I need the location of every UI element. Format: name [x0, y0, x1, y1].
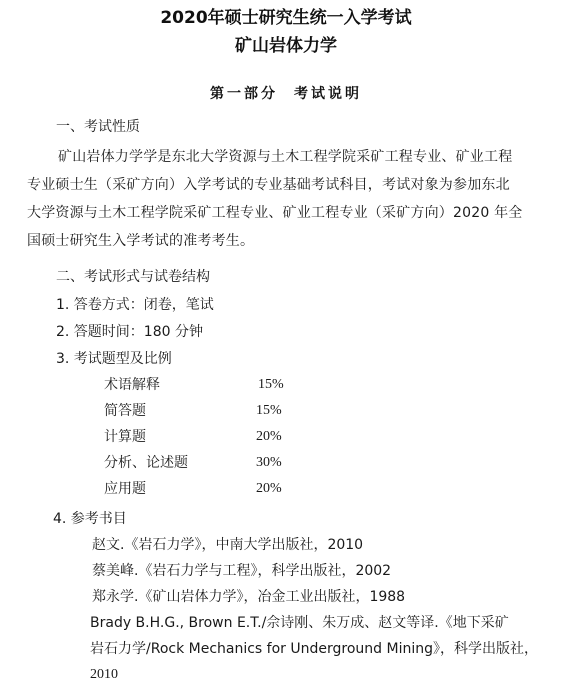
- section1-paragraph: 矿山岩体力学学是东北大学资源与土木工程学院采矿工程专业、矿业工程 专业硕士生（采…: [27, 143, 522, 255]
- question-type-label: 计算题: [104, 423, 146, 451]
- part-heading: 第一部分考试说明: [0, 83, 572, 103]
- references-item: 4. 参考书目: [53, 505, 127, 533]
- question-type-label: 术语解释: [104, 371, 160, 399]
- question-type-percent: 15%: [258, 371, 284, 399]
- reference-entry: 郑永学.《矿山岩体力学》，冶金工业出版社，1988: [92, 583, 405, 611]
- question-type-label: 简答题: [104, 397, 146, 425]
- document-subtitle: 矿山岩体力学: [0, 31, 572, 56]
- reference-entry: 蔡美峰.《岩石力学与工程》，科学出版社，2002: [92, 557, 391, 585]
- question-types-item: 3. 考试题型及比例: [56, 345, 172, 373]
- reference-entry-continued: 2010: [90, 661, 118, 689]
- part-heading-left: 第一部分: [210, 86, 278, 102]
- question-type-percent: 30%: [256, 449, 282, 477]
- question-type-percent: 20%: [256, 423, 282, 451]
- document-title: 2020年硕士研究生统一入学考试: [0, 3, 572, 28]
- exam-format-item: 1. 答卷方式：闭卷，笔试: [56, 291, 214, 319]
- reference-entry: 赵文.《岩石力学》，中南大学出版社，2010: [92, 531, 363, 559]
- section1-heading: 一、考试性质: [56, 113, 140, 141]
- section2-heading: 二、考试形式与试卷结构: [56, 263, 210, 291]
- paragraph-line: 专业硕士生（采矿方向）入学考试的专业基础考试科目，考试对象为参加东北: [27, 171, 522, 199]
- part-heading-right: 考试说明: [294, 86, 362, 102]
- reference-entry: Brady B.H.G., Brown E.T./佘诗刚、朱万成、赵文等译.《地…: [90, 609, 509, 637]
- question-type-label: 应用题: [104, 475, 146, 503]
- question-type-label: 分析、论述题: [104, 449, 188, 477]
- question-type-percent: 15%: [256, 397, 282, 425]
- reference-entry-continued: 岩石力学/Rock Mechanics for Underground Mini…: [90, 635, 538, 663]
- paragraph-line: 矿山岩体力学学是东北大学资源与土木工程学院采矿工程专业、矿业工程: [27, 143, 522, 171]
- question-type-percent: 20%: [256, 475, 282, 503]
- paragraph-line: 大学资源与土木工程学院采矿工程专业、矿业工程专业（采矿方向）2020 年全: [27, 199, 522, 227]
- paragraph-line: 国硕士研究生入学考试的准考考生。: [27, 227, 522, 255]
- exam-duration-item: 2. 答题时间：180 分钟: [56, 318, 203, 346]
